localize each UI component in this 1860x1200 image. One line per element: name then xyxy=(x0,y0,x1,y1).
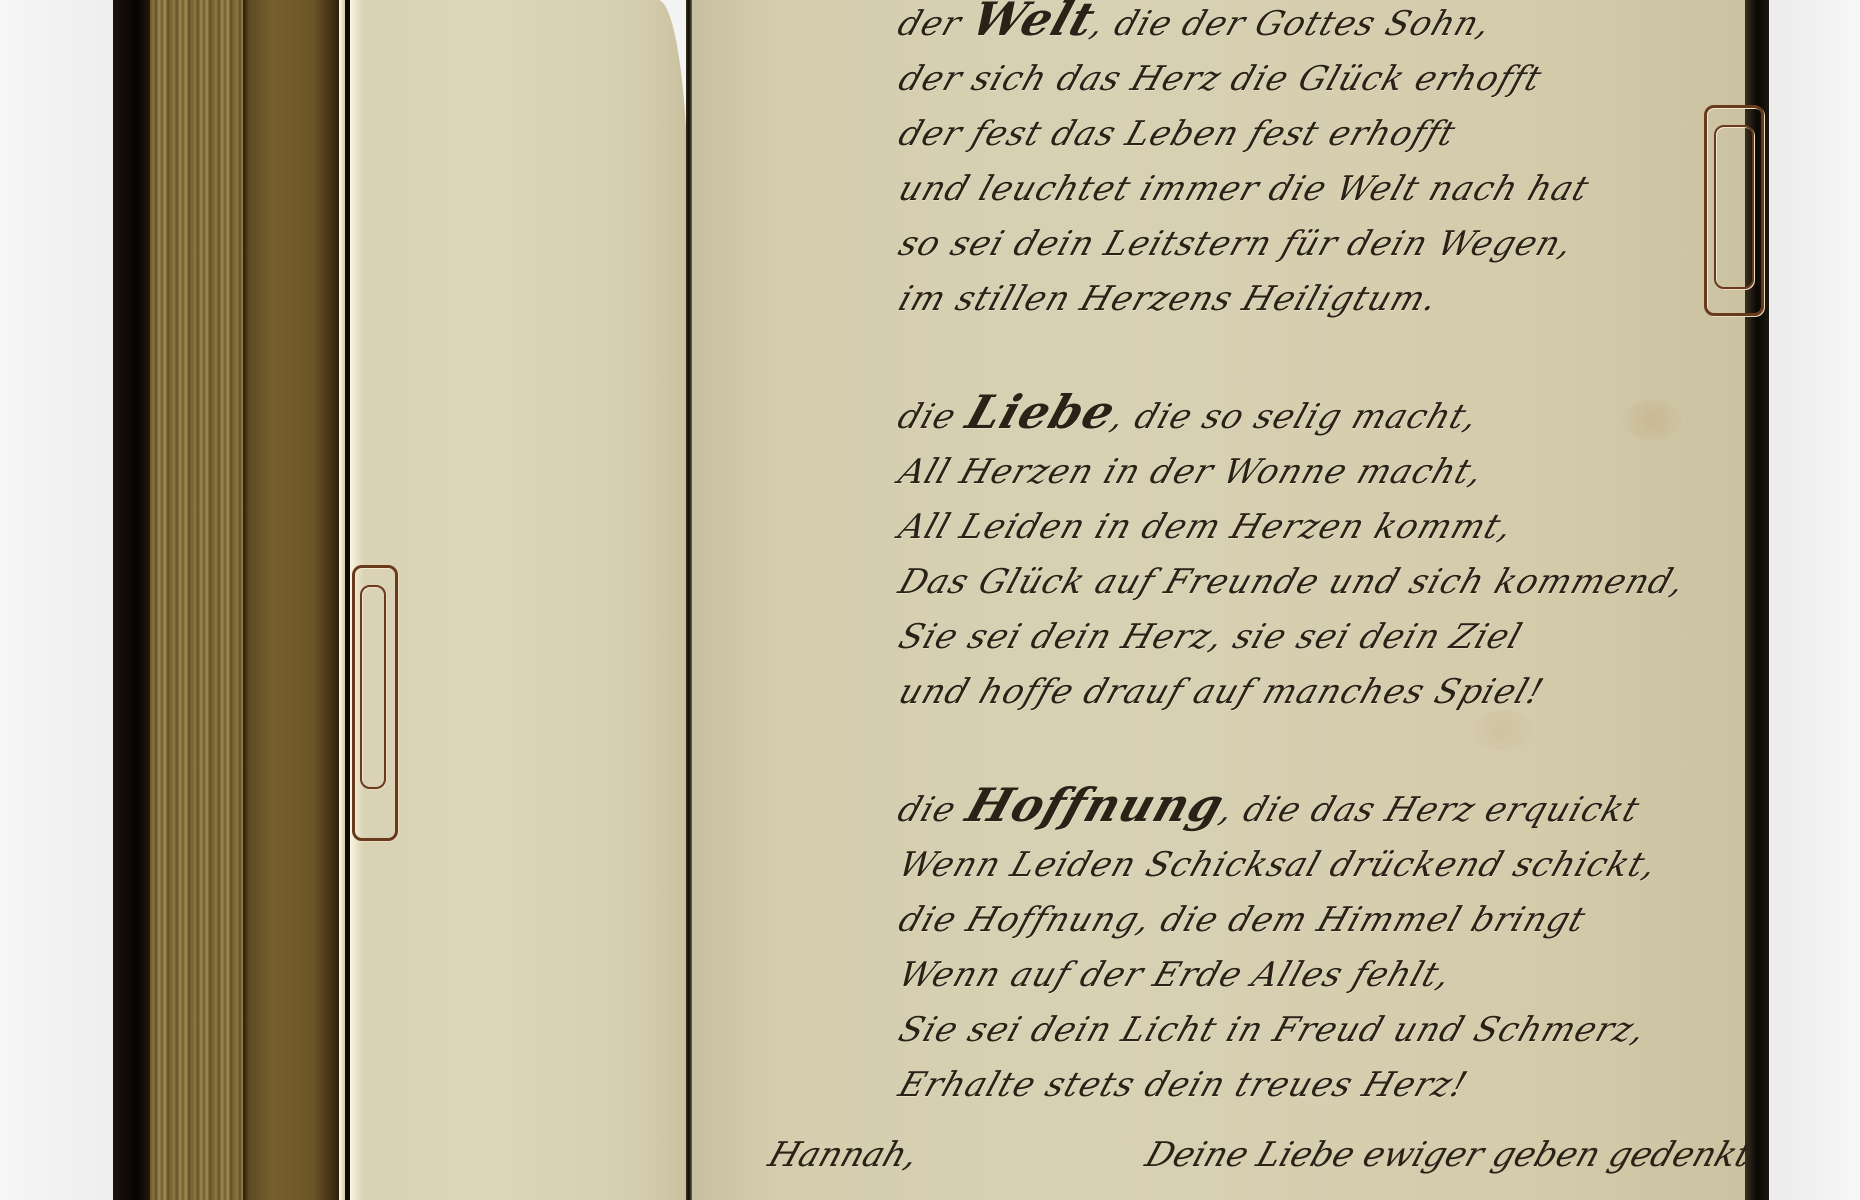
line-lead: die xyxy=(893,790,962,830)
line-text: und hoffe drauf auf manches Spiel! xyxy=(894,672,1549,712)
poem-line: die Hoffnung, die das Herz erquickt xyxy=(890,778,1749,838)
line-text: so sei dein Leitstern für dein Wegen, xyxy=(894,224,1579,264)
line-keyword: Hoffnung xyxy=(960,778,1232,832)
poem-line: der sich das Herz die Glück erhofft xyxy=(891,52,1749,107)
poem-line: Sie sei dein Licht in Freud und Schmerz, xyxy=(891,1003,1749,1058)
poem-line: Erhalte stets dein treues Herz! xyxy=(891,1058,1749,1113)
poem-line: Wenn Leiden Schicksal drückend schickt, xyxy=(891,838,1749,893)
poem-line: der Welt, die der Gottes Sohn, xyxy=(890,0,1749,52)
line-text: Erhalte stets dein treues Herz! xyxy=(894,1065,1473,1105)
signoff-right: Deine Liebe ewiger geben gedenkt xyxy=(1141,1135,1757,1175)
line-text: im stillen Herzens Heiligtum. xyxy=(894,279,1443,319)
poem-stanza-3: die Hoffnung, die das Herz erquickt Wenn… xyxy=(900,778,1740,1113)
line-text: Das Glück auf Freunde und sich kommend, xyxy=(894,562,1691,602)
paperclip-left-inner xyxy=(360,585,386,789)
poem-line: der fest das Leben fest erhofft xyxy=(891,107,1749,162)
line-text: die Hoffnung, die dem Himmel bringt xyxy=(894,900,1591,940)
background-left xyxy=(0,0,113,1200)
poem-line: Sie sei dein Herz, sie sei dein Ziel xyxy=(891,610,1749,665)
poem-line: die Liebe, die so selig macht, xyxy=(890,385,1749,445)
line-keyword: Welt xyxy=(965,0,1102,46)
book-photo: der Welt, die der Gottes Sohn, der sich … xyxy=(0,0,1860,1200)
left-page xyxy=(350,0,688,1200)
poem-line: Wenn auf der Erde Alles fehlt, xyxy=(891,948,1749,1003)
line-text: der sich das Herz die Glück erhofft xyxy=(894,59,1548,99)
line-text: Wenn Leiden Schicksal drückend schickt, xyxy=(894,845,1663,885)
background-right xyxy=(1770,0,1860,1200)
line-text: Sie sei dein Licht in Freud und Schmerz, xyxy=(894,1010,1652,1050)
signoff-left: Hannah, xyxy=(764,1135,924,1175)
poem-stanza-2: die Liebe, die so selig macht, All Herze… xyxy=(900,385,1740,720)
book-cover-left-edge xyxy=(113,0,153,1200)
line-text: Wenn auf der Erde Alles fehlt, xyxy=(894,955,1457,995)
line-lead: die xyxy=(893,397,962,437)
poem-line: Das Glück auf Freunde und sich kommend, xyxy=(891,555,1749,610)
poem-line: im stillen Herzens Heiligtum. xyxy=(891,272,1749,327)
line-text: , die so selig macht, xyxy=(1106,397,1484,437)
line-lead: der xyxy=(893,4,967,44)
poem-line: und leuchtet immer die Welt nach hat xyxy=(891,162,1749,217)
line-text: Sie sei dein Herz, sie sei dein Ziel xyxy=(894,617,1528,657)
book-spine-band xyxy=(243,0,343,1200)
handwritten-poem: der Welt, die der Gottes Sohn, der sich … xyxy=(900,0,1740,1171)
line-text: der fest das Leben fest erhofft xyxy=(894,114,1461,154)
poem-line: All Herzen in der Wonne macht, xyxy=(891,445,1749,500)
poem-stanza-1: der Welt, die der Gottes Sohn, der sich … xyxy=(900,0,1740,327)
poem-line: und hoffe drauf auf manches Spiel! xyxy=(891,665,1749,720)
line-keyword: Liebe xyxy=(960,385,1123,439)
poem-line: die Hoffnung, die dem Himmel bringt xyxy=(891,893,1749,948)
line-text: , die der Gottes Sohn, xyxy=(1086,4,1497,44)
line-text: All Leiden in dem Herzen kommt, xyxy=(894,507,1519,547)
line-text: , die das Herz erquickt xyxy=(1215,790,1645,830)
line-text: und leuchtet immer die Welt nach hat xyxy=(894,169,1595,209)
line-text: All Herzen in der Wonne macht, xyxy=(894,452,1489,492)
poem-line: All Leiden in dem Herzen kommt, xyxy=(891,500,1749,555)
poem-signoff: Hannah, Deine Liebe ewiger geben gedenkt xyxy=(770,1135,1750,1175)
gilt-page-edges xyxy=(150,0,245,1200)
poem-line: so sei dein Leitstern für dein Wegen, xyxy=(891,217,1749,272)
